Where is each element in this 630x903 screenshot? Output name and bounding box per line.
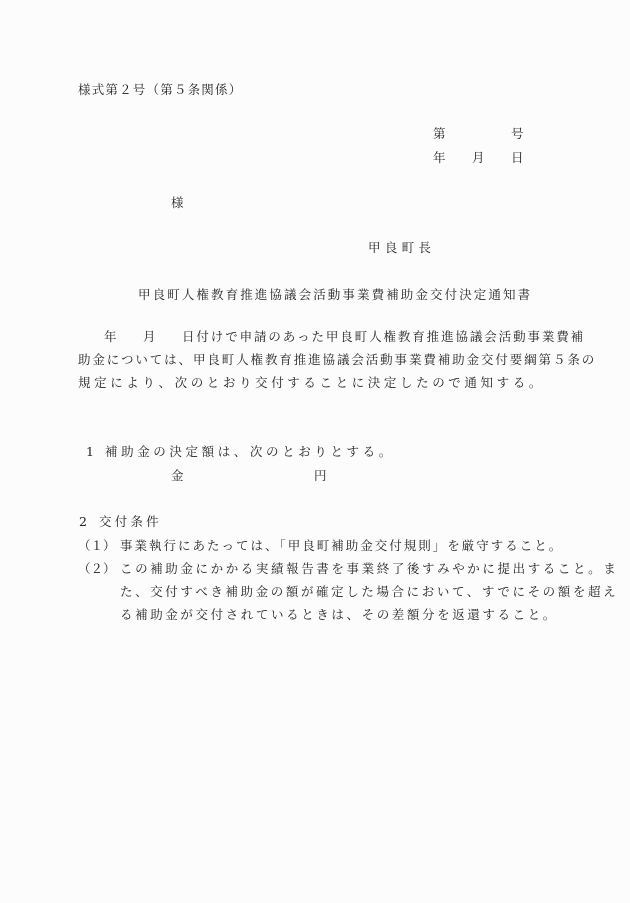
reference-number-prefix: 第: [433, 126, 450, 142]
condition-2-label: （２）: [78, 561, 116, 577]
section-2-number: 2: [79, 514, 91, 530]
amount-suffix: 円: [314, 468, 331, 484]
section-2-heading: 交付条件: [99, 514, 162, 530]
body-date-year: 年: [104, 329, 121, 345]
section-1-number: 1: [86, 444, 98, 460]
condition-2-line-3: る補助金が交付されているときは、その差額分を返還すること。: [120, 607, 558, 623]
reference-date-day: 日: [511, 150, 528, 166]
body-line-2: 助金については、甲良町人権教育推進協議会活動事業費補助金交付要綱第５条の: [78, 352, 596, 368]
condition-1-line-1: 事業執行にあたっては、「甲良町補助金交付規則」を厳守すること。: [120, 538, 563, 554]
body-date-month: 月: [143, 329, 160, 345]
body-line-1: 日付けで申請のあった甲良町人権教育推進協議会活動事業費補: [182, 329, 585, 345]
addressee-suffix: 様: [171, 195, 188, 211]
issuer: 甲良町長: [368, 240, 435, 256]
condition-2-line-1: この補助金にかかる実績報告書を事業終了後すみやかに提出すること。ま: [120, 561, 618, 577]
condition-1-label: （１）: [78, 538, 116, 554]
amount-prefix: 金: [171, 468, 188, 484]
reference-number-suffix: 号: [511, 126, 528, 142]
document-title: 甲良町人権教育推進協議会活動事業費補助金交付決定通知書: [138, 287, 532, 303]
reference-date-year: 年: [433, 150, 450, 166]
reference-date-month: 月: [472, 150, 489, 166]
section-1-heading: 補助金の決定額は、次のとおりとする。: [105, 444, 395, 460]
form-label: 様式第２号（第５条関係）: [78, 82, 242, 98]
body-line-3: 規定により、次のとおり交付することに決定したので通知する。: [78, 375, 545, 391]
condition-2-line-2: た、交付すべき補助金の額が確定した場合において、すでにその額を超え: [120, 584, 618, 600]
